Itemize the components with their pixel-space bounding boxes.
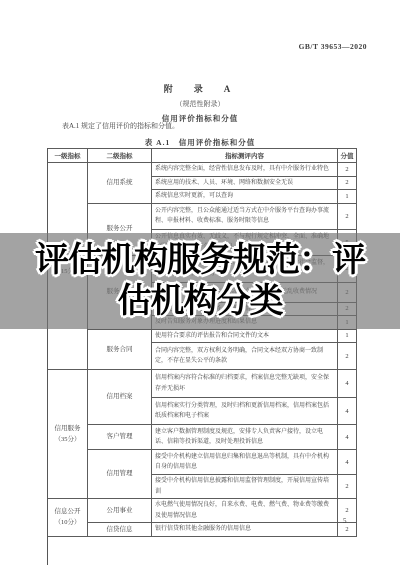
indicator-content: 合同内容完整，双方权利义务明确，合同文本经双方协商一致制定，不存在显失公平的条款 [152,343,338,370]
indicator-content: 水电燃气使用情况良好，自来水费、电费、燃气费、物业费等缴费及使用情况信息 [152,499,338,523]
credit-table: 一级指标二级指标指标测评内容分值信息披露 （15分）信用系统系统内容完整全面，经… [47,148,357,537]
score-value: 2 [338,499,357,523]
level1-indicator: 信用服务 （35分） [48,370,88,499]
score-value: 2 [338,203,357,229]
level2-indicator: 信贷信息 [88,523,152,537]
column-header: 二级指标 [88,149,152,163]
score-value: 4 [338,425,357,450]
level2-indicator: 信用系统 [88,163,152,204]
score-value: 1 [338,329,357,343]
column-header: 一级指标 [48,149,88,163]
table-row: 信息披露 （15分）信用系统系统内容完整全面，经营性信息发布及时，具有中介服务行… [48,163,357,177]
score-value: 4 [338,450,357,475]
indicator-content: 使用符合要求的评估报告和合同文件的文本 [152,329,338,343]
overlay-title: 评估机构服务规范：评 估机构分类 [35,240,365,322]
indicator-content: 接受中介机构建立信用信息归集和信息退出等机制，具有中介机构自身的信用信息 [152,450,338,475]
indicator-content: 信用档案内容符合标准的归档要求，档案信息完整无缺项，安全保存并无损坏 [152,370,338,398]
title-overlay-band: 评估机构服务规范：评 估机构分类 [0,233,400,329]
indicator-content: 信用档案实行分类管理，及时归档和更新信用档案，信用档案包括纸质档案和电子档案 [152,398,338,425]
indicator-content: 系统内容完整全面，经营性信息发布及时，具有中介服务行业特色 [152,163,338,177]
score-value: 2 [338,523,357,537]
credit-evaluation-table-wrap: 一级指标二级指标指标测评内容分值信息披露 （15分）信用系统系统内容完整全面，经… [47,148,357,537]
table-row: 客户管理建立客户数据管理制度及规范，安排专人负责客户接待，设立电话、信箱等投诉渠… [48,425,357,450]
standard-code: GB/T 39653—2020 [299,42,367,51]
score-value: 1 [338,190,357,204]
appendix-title: 信用评价指标和分值 [0,113,400,124]
table-caption: 表 A.1 信用评价指标和分值 [0,137,400,148]
table-row: 信用管理接受中介机构建立信用信息归集和信息退出等机制，具有中介机构自身的信用信息… [48,450,357,475]
score-value: 2 [338,163,357,177]
level2-indicator: 信用管理 [88,450,152,499]
indicator-content: 接受中介机构信用信息披露和信用监督管理制度，开展信用宣传培训 [152,475,338,499]
table-row: 信贷信息银行信贷和其他金融服务的信用信息2 [48,523,357,537]
table-row: 服务合同使用符合要求的评估报告和合同文件的文本1 [48,329,357,343]
appendix-label: 附 录 A [0,82,400,95]
level2-indicator: 公用事业 [88,499,152,523]
column-header: 指标测评内容 [152,149,338,163]
level2-indicator: 客户管理 [88,425,152,450]
score-value: 4 [338,398,357,425]
appendix-note: （规范性附录） [0,99,400,109]
table-row: 服务公开公开内容完整，且公众能通过适当方式在中介服务平台查询办事流程、申报材料、… [48,203,357,229]
score-value: 2 [338,475,357,499]
column-header: 分值 [338,149,357,163]
score-value: 2 [338,343,357,370]
indicator-content: 公开内容完整，且公众能通过适当方式在中介服务平台查询办事流程、申报材料、收费标准… [152,203,338,229]
table-row: 信息公开 （10分）公用事业水电燃气使用情况良好，自来水费、电费、燃气费、物业费… [48,499,357,523]
indicator-content: 系统应用的技术、人员、环境、网络和数据安全无误 [152,176,338,190]
page-number: 5 [343,517,347,525]
score-value: 2 [338,176,357,190]
header-row: 一级指标二级指标指标测评内容分值 [48,149,357,163]
level2-indicator: 信用档案 [88,370,152,425]
indicator-content: 银行信贷和其他金融服务的信用信息 [152,523,338,537]
overlay-title-line2: 估机构分类 [35,281,365,322]
appendix-heading: 附 录 A （规范性附录） 信用评价指标和分值 [0,82,400,124]
indicator-content: 建立客户数据管理制度及规范，安排专人负责客户接待，设立电话、信箱等投诉渠道，及时… [152,425,338,450]
indicator-content: 系统信息实时更新，可以查询 [152,190,338,204]
page-fold-line [47,148,48,565]
level1-indicator: 信息公开 （10分） [48,499,88,537]
overlay-title-line1: 评估机构服务规范：评 [35,240,365,281]
score-value: 4 [338,370,357,398]
level2-indicator: 服务合同 [88,329,152,370]
table-row: 信用服务 （35分）信用档案信用档案内容符合标准的归档要求，档案信息完整无缺项，… [48,370,357,398]
intro-sentence: 表A.1 规定了信用评价的指标和分值。 [62,121,179,131]
